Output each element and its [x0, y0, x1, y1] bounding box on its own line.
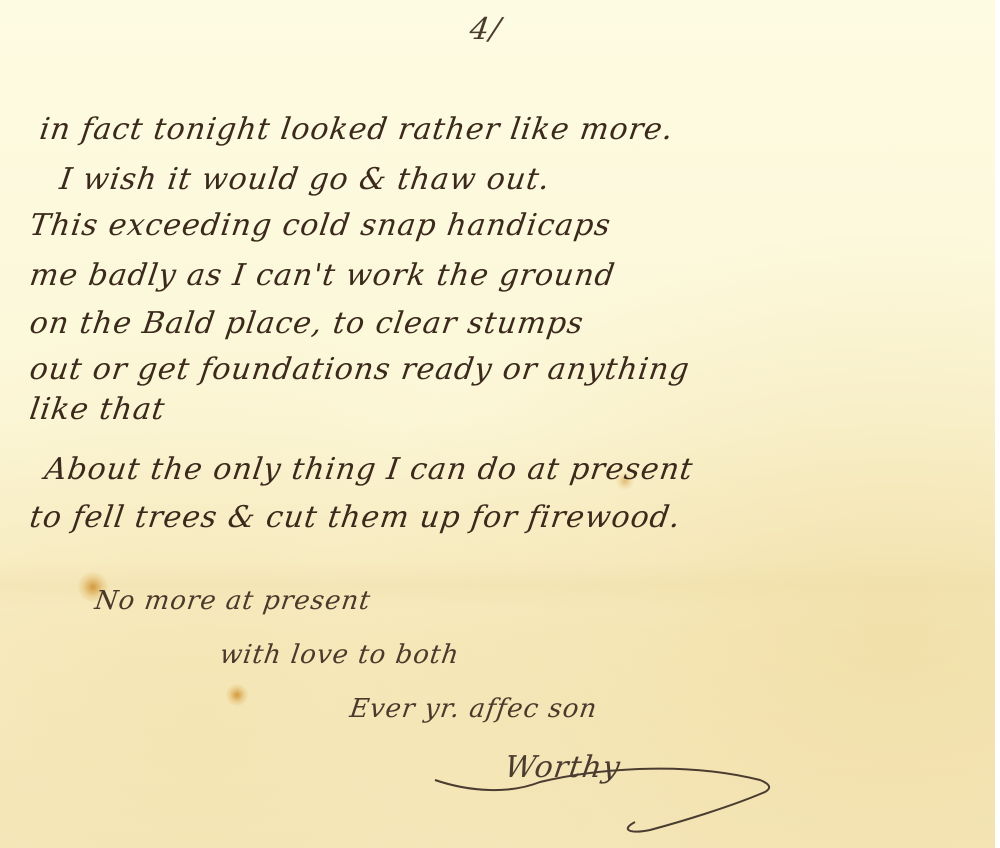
body-line-5: on the Bald place, to clear stumps: [28, 306, 586, 341]
body-line-1: in fact tonight looked rather like more.: [38, 112, 676, 147]
closing-line-1: No more at present: [93, 586, 373, 616]
body-line-8: About the only thing I can do at present: [43, 452, 696, 487]
body-line-9: to fell trees & cut them up for firewood…: [28, 500, 684, 535]
letter-page: 4/ in fact tonight looked rather like mo…: [0, 0, 995, 848]
closing-line-2: with love to both: [218, 640, 461, 670]
body-line-6: out or get foundations ready or anything: [28, 352, 693, 387]
foxing-stain: [226, 684, 248, 706]
body-line-4: me badly as I can't work the ground: [28, 258, 618, 293]
body-line-2: I wish it would go & thaw out.: [58, 162, 553, 197]
signature-flourish: [430, 752, 790, 842]
closing-line-3: Ever yr. affec son: [348, 694, 599, 724]
page-number: 4/: [468, 12, 504, 47]
body-line-7: like that: [28, 392, 168, 427]
body-line-3: This exceeding cold snap handicaps: [28, 208, 614, 243]
